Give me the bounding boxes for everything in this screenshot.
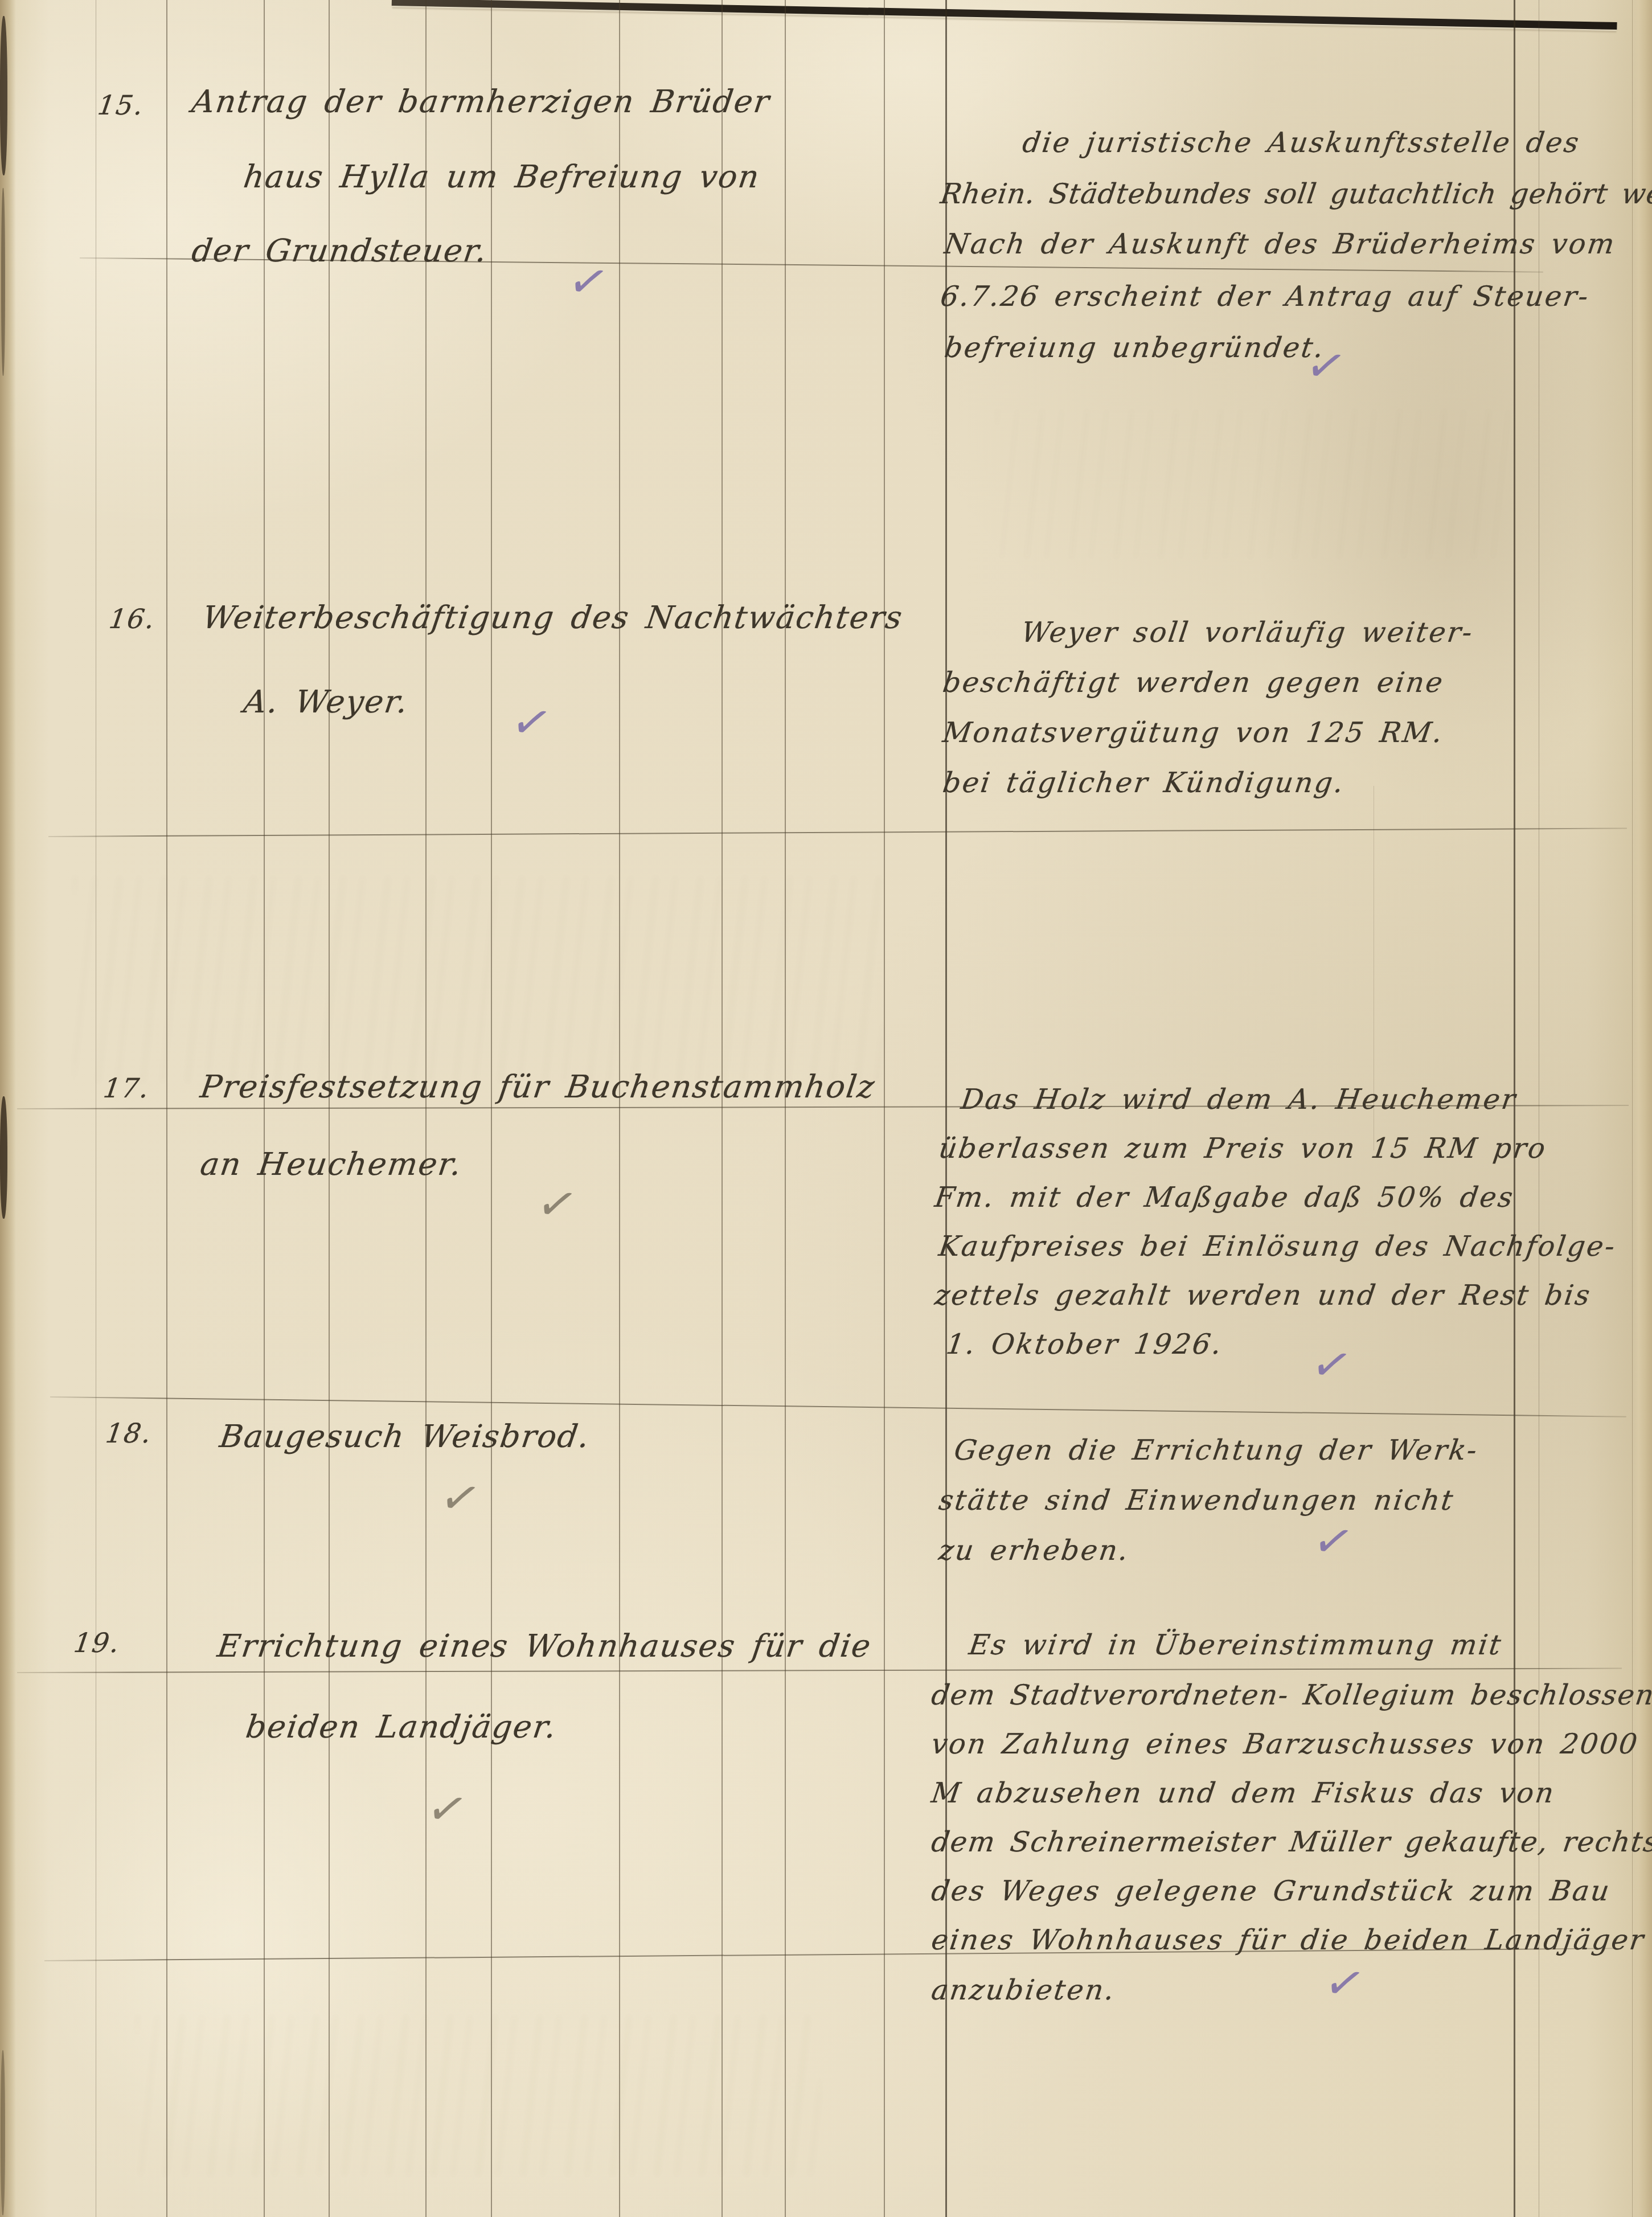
approval-checkmark: ✓ <box>1306 1336 1357 1394</box>
entry-number: 19. <box>72 1628 122 1659</box>
approval-checkmark: ✓ <box>421 1780 473 1838</box>
entry-resolution-line: stätte sind Einwendungen nicht <box>937 1484 1457 1517</box>
entry-separator-line <box>48 827 1627 837</box>
entry-resolution-line: Monatsvergütung von 125 RM. <box>941 716 1446 749</box>
entry-resolution-line: eines Wohnhauses für die beiden Landjäge… <box>929 1924 1647 1956</box>
spine-shadow-mark <box>0 1096 7 1219</box>
entry-number: 17. <box>101 1073 151 1104</box>
entry-title-line: Errichtung eines Wohnhauses für die <box>215 1628 874 1664</box>
top-page-edge-shadow <box>392 0 1617 30</box>
entry-number: 18. <box>104 1418 154 1449</box>
entry-title-line: der Grundsteuer. <box>190 232 490 269</box>
entry-title-line: Antrag der barmherzigen Brüder <box>190 83 773 120</box>
entry-title-line: A. Weyer. <box>241 683 411 720</box>
entry-resolution-line: befreiung unbegründet. <box>942 331 1327 364</box>
entry-title-line: Baugesuch Weisbrod. <box>218 1418 592 1454</box>
entry-resolution-line: bei täglicher Kündigung. <box>941 767 1347 799</box>
spine-shadow-mark <box>1 188 5 376</box>
entry-resolution-line: Das Holz wird dem A. Heuchemer <box>959 1083 1519 1116</box>
ledger-page: 15. Antrag der barmherzigen Brüder haus … <box>0 0 1652 2217</box>
ruled-line-vertical <box>722 0 723 2217</box>
approval-checkmark: ✓ <box>563 253 614 310</box>
spine-shadow-mark <box>1 2050 5 2215</box>
entry-resolution-line: zu erheben. <box>937 1534 1132 1567</box>
entry-resolution-line: Rhein. Städtebundes soll gutachtlich geh… <box>938 178 1652 210</box>
ink-bleed-through <box>74 877 883 1082</box>
entry-resolution-line: Nach der Auskunft des Brüderheims vom <box>942 228 1618 260</box>
entry-separator-line <box>17 1668 1622 1673</box>
paper-stain <box>34 1708 433 2164</box>
entry-number: 16. <box>107 604 157 635</box>
entry-resolution-line: beschäftigt werden gegen eine <box>941 666 1446 699</box>
ruled-line-vertical <box>491 0 492 2217</box>
entry-resolution-line: 6.7.26 erscheint der Antrag auf Steuer- <box>938 280 1592 313</box>
entry-resolution-line: dem Stadtverordneten- Kollegium beschlos… <box>929 1679 1652 1711</box>
entry-title-line: Weiterbeschäftigung des Nachtwächters <box>200 599 905 636</box>
entry-title-line: Preisfestsetzung für Buchenstammholz <box>198 1068 878 1105</box>
ink-bleed-through <box>137 2016 820 2175</box>
entry-resolution-line: Kaufpreises bei Einlösung des Nachfolge- <box>937 1230 1618 1263</box>
approval-checkmark: ✓ <box>434 1469 486 1527</box>
entry-resolution-line: überlassen zum Preis von 15 RM pro <box>937 1132 1549 1165</box>
approval-checkmark: ✓ <box>506 694 557 751</box>
entry-number: 15. <box>96 90 146 121</box>
ruled-line-vertical <box>619 0 620 2217</box>
page-stack-edge <box>1631 0 1652 2217</box>
entry-resolution-line: von Zahlung eines Barzuschusses von 2000 <box>929 1728 1641 1760</box>
ruled-line-vertical <box>884 0 885 2217</box>
entry-resolution-line: dem Schreinermeister Müller gekaufte, re… <box>929 1826 1652 1858</box>
approval-checkmark: ✓ <box>531 1175 583 1233</box>
entry-resolution-line: Weyer soll vorläufig weiter- <box>1019 616 1476 649</box>
approval-checkmark: ✓ <box>1319 1954 1370 2012</box>
entry-resolution-line: zettels gezahlt werden und der Rest bis <box>933 1279 1593 1312</box>
ruled-line-vertical <box>785 0 786 2217</box>
entry-resolution-line: M abzusehen und dem Fiskus das von <box>929 1777 1557 1809</box>
entry-resolution-line: anzubieten. <box>929 1974 1118 2006</box>
ink-bleed-through <box>997 410 1509 558</box>
entry-title-line: haus Hylla um Befreiung von <box>241 158 763 195</box>
entry-resolution-line: Gegen die Errichtung der Werk- <box>952 1434 1481 1466</box>
entry-resolution-line: Fm. mit der Maßgabe daß 50% des <box>933 1181 1516 1214</box>
ruled-line-vertical <box>425 0 427 2217</box>
entry-separator-line <box>50 1396 1626 1417</box>
entry-title-line: an Heuchemer. <box>198 1146 465 1182</box>
entry-resolution-line: Es wird in Übereinstimmung mit <box>967 1629 1505 1661</box>
entry-resolution-line: die juristische Auskunftsstelle des <box>1020 126 1583 159</box>
entry-title-line: beiden Landjäger. <box>244 1708 559 1745</box>
entry-resolution-line: des Weges gelegene Grundstück zum Bau <box>929 1875 1613 1907</box>
approval-checkmark: ✓ <box>1307 1513 1359 1570</box>
page-edge-line <box>1632 0 1633 2217</box>
entry-resolution-line: 1. Oktober 1926. <box>944 1328 1225 1360</box>
spine-shadow-mark <box>0 16 7 175</box>
